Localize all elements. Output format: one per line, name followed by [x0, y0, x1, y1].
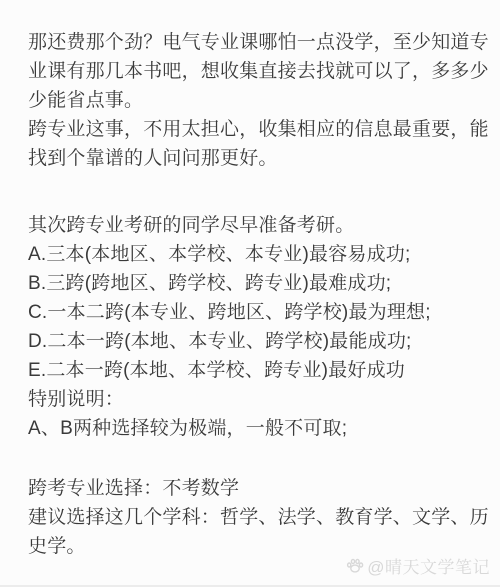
text-line: 少能省点事。 [28, 86, 476, 115]
watermark-handle: @晴天文学笔记 [367, 553, 490, 578]
paw-icon [346, 557, 364, 575]
text-line: 跨考专业选择：不考数学 [28, 474, 476, 503]
special-note-text: A、B两种选择较为极端，一般不可取; [28, 414, 476, 443]
text-line: 找到个靠谱的人问问那更好。 [28, 144, 476, 173]
paragraph-major-suggestion: 跨考专业选择：不考数学 建议选择这几个学科：哲学、法学、教育学、文学、历 史学。 [28, 474, 476, 561]
list-item-c: C.一本二跨(本专业、跨地区、跨学校)最为理想; [28, 298, 476, 327]
list-item-b: B.三跨(跨地区、跨学校、跨专业)最难成功; [28, 269, 476, 298]
text-line: 建议选择这几个学科：哲学、法学、教育学、文学、历 [28, 503, 476, 532]
list-item-a: A.三本(本地区、本学校、本专业)最容易成功; [28, 240, 476, 269]
text-line: 其次跨专业考研的同学尽早准备考研。 [28, 211, 476, 240]
watermark: @晴天文学笔记 [346, 553, 490, 578]
text-line: 业课有那几本书吧，想收集直接去找就可以了，多多少 [28, 57, 476, 86]
text-line: 那还费那个劲？电气专业课哪怕一点没学，至少知道专 [28, 28, 476, 57]
text-line: 跨专业这事，不用太担心，收集相应的信息最重要，能 [28, 115, 476, 144]
list-item-e: E.二本一跨(本地、本学校、跨专业)最好成功 [28, 356, 476, 385]
note-content: 那还费那个劲？电气专业课哪怕一点没学，至少知道专 业课有那几本书吧，想收集直接去… [0, 0, 500, 561]
paragraph-options-list: 其次跨专业考研的同学尽早准备考研。 A.三本(本地区、本学校、本专业)最容易成功… [28, 211, 476, 443]
list-item-d: D.二本一跨(本地、本专业、跨学校)最能成功; [28, 327, 476, 356]
special-note-heading: 特别说明： [28, 385, 476, 414]
note-page: 那还费那个劲？电气专业课哪怕一点没学，至少知道专 业课有那几本书吧，想收集直接去… [0, 0, 500, 587]
paragraph-advice: 那还费那个劲？电气专业课哪怕一点没学，至少知道专 业课有那几本书吧，想收集直接去… [28, 28, 476, 173]
